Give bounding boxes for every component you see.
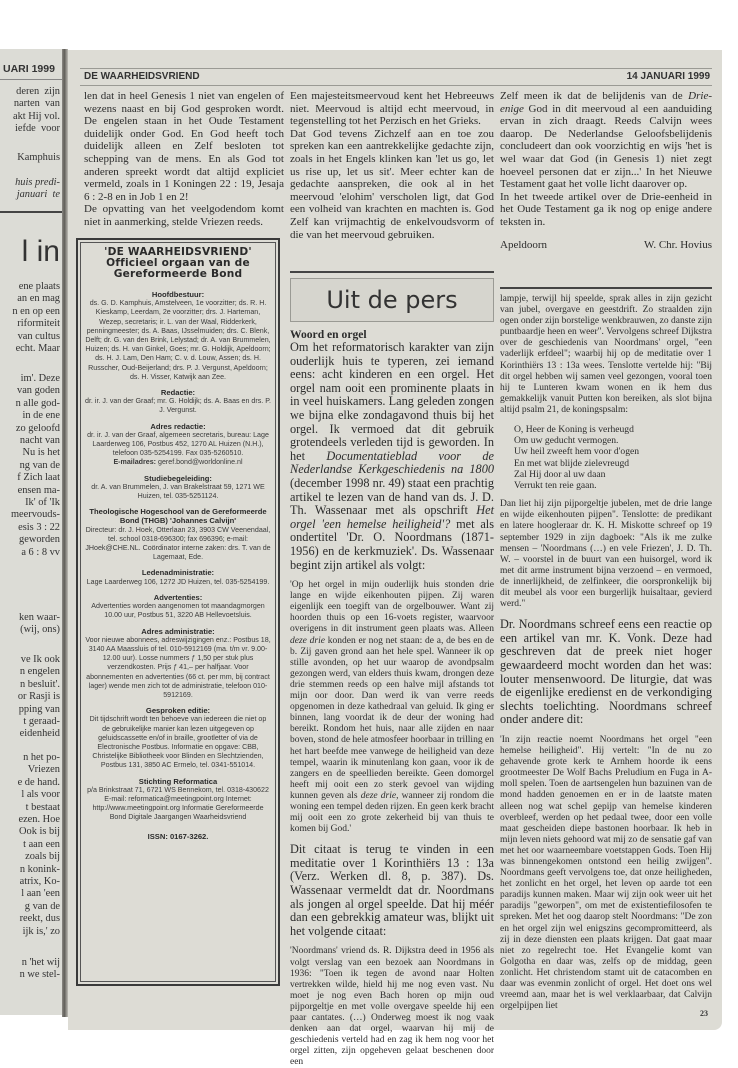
section-heading: Hoofdbestuur: [85,290,271,299]
column-3: Zelf meen ik dat de belijdenis van de Dr… [500,90,712,251]
issn: ISSN: 0167-3262. [85,832,271,841]
issue-date: 14 JANUARI 1999 [627,71,710,82]
section-heading: Advertenties: [85,593,271,602]
left-page-text-fragment: n het po- Vriezen e de hand. l als voor … [18,752,60,938]
colophon-section-ledenadministratie: Ledenadministratie: Lage Laarderweg 106,… [85,568,271,586]
colophon-subtitle: Gereformeerde Bond [85,269,271,280]
quotation: 'Op het orgel in mijn ouderlijk huis sto… [290,580,494,835]
poem-line: Uw heil zweeft hem voor d'ogen [514,446,712,457]
left-page-text-fragment: im'. Deze van goden n alle god- in de en… [11,373,60,559]
paragraph: Dr. Noordmans schreef eens een reactie o… [500,618,712,727]
text-run: God in dit meervoud al een aanduiding er… [500,103,712,191]
left-page-heading-fragment: l in [22,235,60,269]
colophon-section-studiebegeleiding: Studiebegeleiding: dr. A. van Brummelen,… [85,474,271,502]
section-text: Lage Laarderweg 106, 1272 JD Huizen, tel… [85,578,271,587]
paragraph: Een majesteitsmeervoud kent het Hebreeuw… [290,90,494,128]
left-page-signature: Kamphuis [17,152,60,164]
section-heading: Adres administratie: [85,627,271,636]
signature-place: Apeldoorn [500,239,547,252]
colophon-content: 'DE WAARHEIDSVRIEND' Officieel orgaan va… [80,242,276,982]
paragraph: Zelf meen ik dat de belijdenis van de Dr… [500,90,712,191]
email-label: E-mailadres: [113,458,156,466]
section-heading: Redactie: [85,388,271,397]
colophon-section-advertenties: Advertenties: Advertenties worden aangen… [85,593,271,621]
paragraph: Dit citaat is terug te vinden in een med… [290,843,494,938]
left-page-text-fragment: n 'het wij n we stel- [20,957,60,982]
section-text: p/a Brinkstraat 71, 6721 WS Bennekom, te… [85,786,271,823]
paragraph: De opvatting van het veelgodendom komt n… [84,203,284,228]
left-page-header-date: UARI 1999 [3,63,55,75]
text-run: 'Op het orgel in mijn ouderlijk huis sto… [290,580,494,634]
quotation: 'In zijn reactie noemt Noordmans het org… [500,735,712,1012]
section-heading: Studiebegeleiding: [85,474,271,483]
column-2: Een majesteitsmeervoud kent het Hebreeuw… [290,90,494,241]
divider [290,271,494,273]
email-line: E-mailadres: geref.bond@worldonline.nl [85,458,271,467]
emphasis: deze drie [290,636,325,646]
poem-line: Verrukt ten reie gaan. [514,480,712,491]
section-text: Dit tijdschrift wordt ten behoeve van ie… [85,715,271,770]
colophon-section-redactie: Redactie: dr. ir. J. van der Graaf; mr. … [85,388,271,416]
section-text: Voor nieuwe abonnees, adreswijzigingen e… [85,636,271,700]
text-run: Zelf meen ik dat de belijdenis van de [500,90,688,102]
paragraph: In het tweede artikel over de Drie-eenhe… [500,191,712,229]
running-header: DE WAARHEIDSVRIEND 14 JANUARI 1999 [80,68,712,86]
section-title-uit-de-pers: Uit de pers [290,278,494,322]
article-intro: Om het reformatorisch karakter van zijn … [290,341,494,572]
divider [0,79,62,80]
divider [0,211,62,213]
section-text: dr. A. van Brummelen, J. van Brakelstraa… [85,483,271,501]
left-page-text-fragment: ve Ik ook n engelen n besluit'. or Rasji… [18,654,60,741]
poem-line: O, Heer de Koning is verheugd [514,424,712,435]
section-heading: Theologische Hogeschool van de Gereforme… [85,507,271,525]
text-run: (december 1998 nr. 49) staat een prachti… [290,476,494,517]
publication-name: DE WAARHEIDSVRIEND [84,71,200,82]
left-page-text-fragment: deren zijn narten van akt Hij vol. iefde… [13,86,60,136]
signature-author: W. Chr. Hovius [644,239,712,252]
colophon-issn: ISSN: 0167-3262. [85,832,271,841]
section-heading: Gesproken editie: [85,706,271,715]
email-link[interactable]: geref.bond@worldonline.nl [158,458,243,466]
colophon-section-gesproken-editie: Gesproken editie: Dit tijdschrift wordt … [85,706,271,770]
section-heading: Stichting Reformatica [85,777,271,786]
quotation-continued: lampje, terwijl hij speelde, sprak alles… [500,294,712,416]
poem-line: En met wat blijde zielevreugd [514,458,712,469]
paragraph: Dat God tevens Zichzelf aan en toe zou s… [290,128,494,241]
section-text: dr. ir. J. van der Graaf, algemeen secre… [85,431,271,459]
page-number: 23 [700,1009,708,1018]
psalm-poem: O, Heer de Koning is verheugd Om uw gedu… [514,424,712,491]
section-heading: Ledenadministratie: [85,568,271,577]
poem-line: Zal Hij door al uw daan [514,469,712,480]
section-text: Advertenties worden aangenomen tot maand… [85,602,271,620]
left-page-italic-fragment: huis predi- januari te [15,177,60,202]
colophon-box: 'DE WAARHEIDSVRIEND' Officieel orgaan va… [76,238,280,986]
section-text: Directeur: dr. J. Hoek, Otterlaan 23, 39… [85,526,271,563]
colophon-section-thgb: Theologische Hogeschool van de Gereforme… [85,507,271,562]
article-woord-en-orgel: Woord en orgel Om het reformatorisch kar… [290,328,494,1068]
signature-line: Apeldoorn W. Chr. Hovius [500,239,712,252]
colophon-section-adres-administratie: Adres administratie: Voor nieuwe abonnee… [85,627,271,701]
section-text: ds. G. D. Kamphuis, Amstelveen, 1e voorz… [85,299,271,382]
section-text: dr. ir. J. van der Graaf; mr. G. Holdijk… [85,397,271,415]
left-page-text-fragment: ene plaats an en mag n en op een riformi… [12,281,60,355]
divider [500,287,712,289]
adjacent-left-page: UARI 1999 deren zijn narten van akt Hij … [0,49,66,1015]
column-1: len dat in heel Genesis 1 niet van engel… [84,90,284,229]
column-3-continuation: lampje, terwijl hij speelde, sprak alles… [500,294,712,1012]
colophon-section-reformatica: Stichting Reformatica p/a Brinkstraat 71… [85,777,271,823]
emphasis: deze drie [361,791,396,801]
magazine-page: DE WAARHEIDSVRIEND 14 JANUARI 1999 len d… [68,50,722,1030]
poem-line: Om uw geducht vermogen. [514,435,712,446]
colophon-section-adres-redactie: Adres redactie: dr. ir. J. van der Graaf… [85,422,271,468]
quotation: Dan liet hij zijn pijporgeltje jubelen, … [500,499,712,610]
text-run: konden er nog net staan: de a, de bes en… [290,636,494,801]
section-heading: Adres redactie: [85,422,271,431]
left-page-text-fragment: ken waar- (wij, ons) [19,612,60,637]
colophon-section-hoofdbestuur: Hoofdbestuur: ds. G. D. Kamphuis, Amstel… [85,290,271,382]
paragraph: len dat in heel Genesis 1 niet van engel… [84,90,284,203]
quotation: 'Noordmans' vriend ds. R. Dijkstra deed … [290,946,494,1068]
text-run: Om het reformatorisch karakter van zijn … [290,340,494,463]
